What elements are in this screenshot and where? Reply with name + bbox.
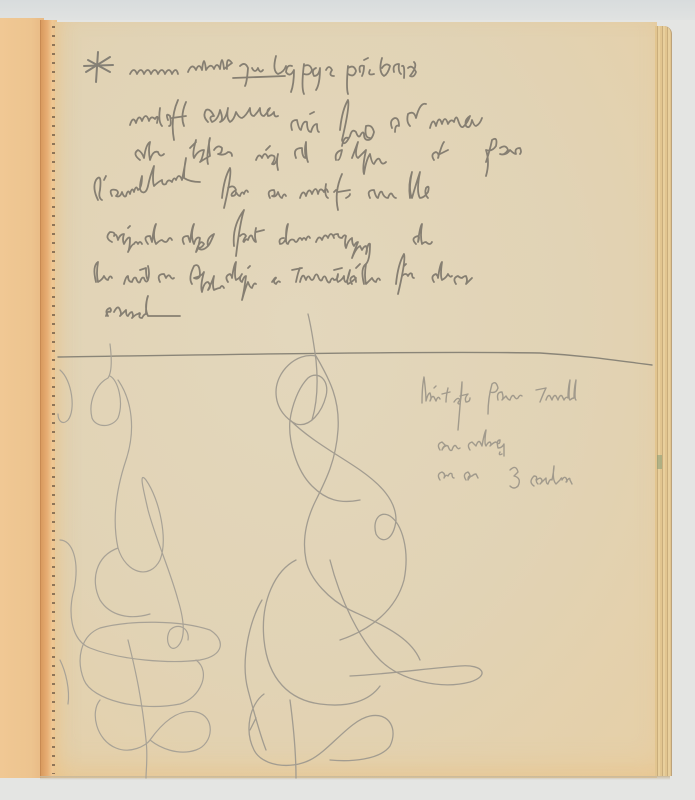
notebook-page <box>55 22 657 778</box>
facing-page-edge <box>0 18 44 778</box>
page-edge-stain <box>657 455 662 469</box>
stacked-page-edges <box>655 26 672 776</box>
photo-background <box>0 0 695 20</box>
page-bottom-shadow <box>40 776 670 780</box>
